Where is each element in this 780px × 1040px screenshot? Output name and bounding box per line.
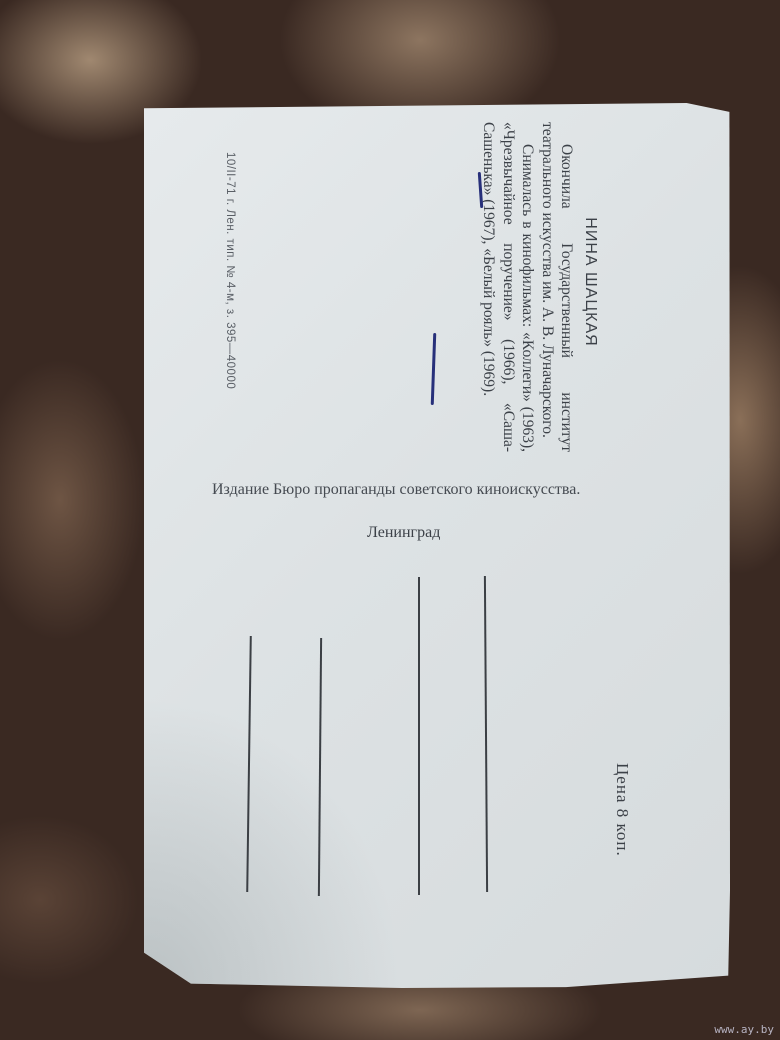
watermark: www.ay.by xyxy=(714,1023,774,1036)
print-imprint: 10/II-71 г. Лен. тип. № 4-м, з. 395—4000… xyxy=(224,152,236,389)
actress-bio-block: НИНА ШАЦКАЯ Окончила Государственный инс… xyxy=(479,122,600,452)
address-line-3 xyxy=(418,577,420,895)
publisher-city: Ленинград xyxy=(367,524,440,542)
actress-name: НИНА ШАЦКАЯ xyxy=(581,122,601,452)
price-label: Цена 8 коп. xyxy=(612,763,632,857)
bio-filmography: Снималась в кинофильмах: «Коллеги» (1963… xyxy=(479,122,538,452)
publisher-text: Издание Бюро пропаганды советского кинои… xyxy=(212,480,582,499)
shadow-area xyxy=(144,603,444,988)
bio-education: Окончила Государственный институт театра… xyxy=(538,122,577,452)
